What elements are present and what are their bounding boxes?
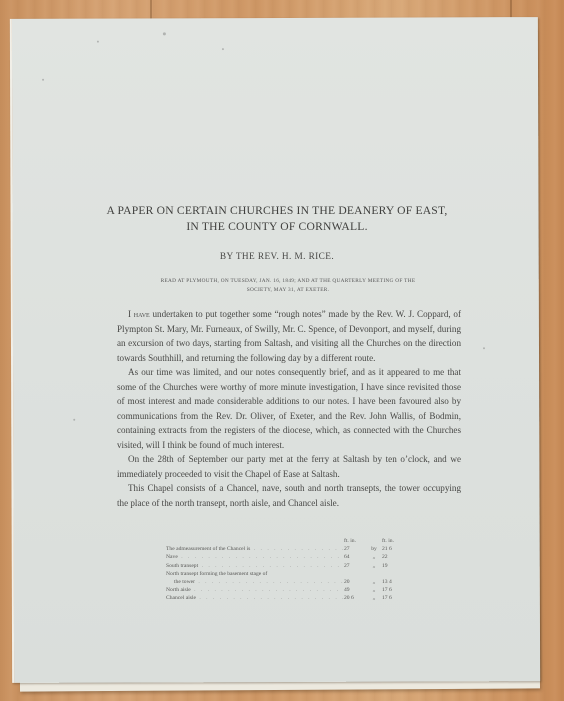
- table-row: The admeasurement of the Chancel is 27 b…: [166, 545, 414, 553]
- title-line-1: A PAPER ON CERTAIN CHURCHES IN THE DEANE…: [96, 203, 458, 219]
- read-note: READ AT PLYMOUTH, ON TUESDAY, JAN. 16, 1…: [118, 277, 458, 295]
- body-text: I have undertaken to put together some “…: [117, 307, 461, 510]
- table-row: Chancel aisle 20 6 ,, 17 6: [166, 594, 414, 602]
- paragraph: I have undertaken to put together some “…: [117, 307, 461, 365]
- paragraph: As our time was limited, and our notes c…: [117, 365, 461, 452]
- table-header: ft. in. ft. in.: [166, 537, 414, 545]
- column-header-length: ft. in.: [344, 537, 382, 545]
- title-line-2: IN THE COUNTY OF CORNWALL.: [96, 219, 458, 235]
- measurements-table: ft. in. ft. in. The admeasurement of the…: [166, 537, 414, 603]
- read-note-line-2: SOCIETY, MAY 31, AT EXETER.: [118, 286, 458, 295]
- table-row: Nave 64 ,, 22: [166, 553, 414, 561]
- table-row: North aisle 49 ,, 17 6: [166, 586, 414, 594]
- table-row: North transept forming the basement stag…: [166, 570, 414, 578]
- author-byline: BY THE REV. H. M. RICE.: [96, 252, 458, 262]
- paragraph: On the 28th of September our party met a…: [117, 452, 461, 481]
- table-row: the tower 20 ,, 13 4: [166, 578, 414, 586]
- read-note-line-1: READ AT PLYMOUTH, ON TUESDAY, JAN. 16, 1…: [118, 277, 458, 286]
- paragraph: This Chapel consists of a Chancel, nave,…: [117, 481, 461, 510]
- document-title: A PAPER ON CERTAIN CHURCHES IN THE DEANE…: [96, 203, 458, 235]
- paragraph-lead: I have: [128, 309, 150, 319]
- table-row: South transept 27 ,, 19: [166, 562, 414, 570]
- column-header-width: ft. in.: [382, 537, 410, 545]
